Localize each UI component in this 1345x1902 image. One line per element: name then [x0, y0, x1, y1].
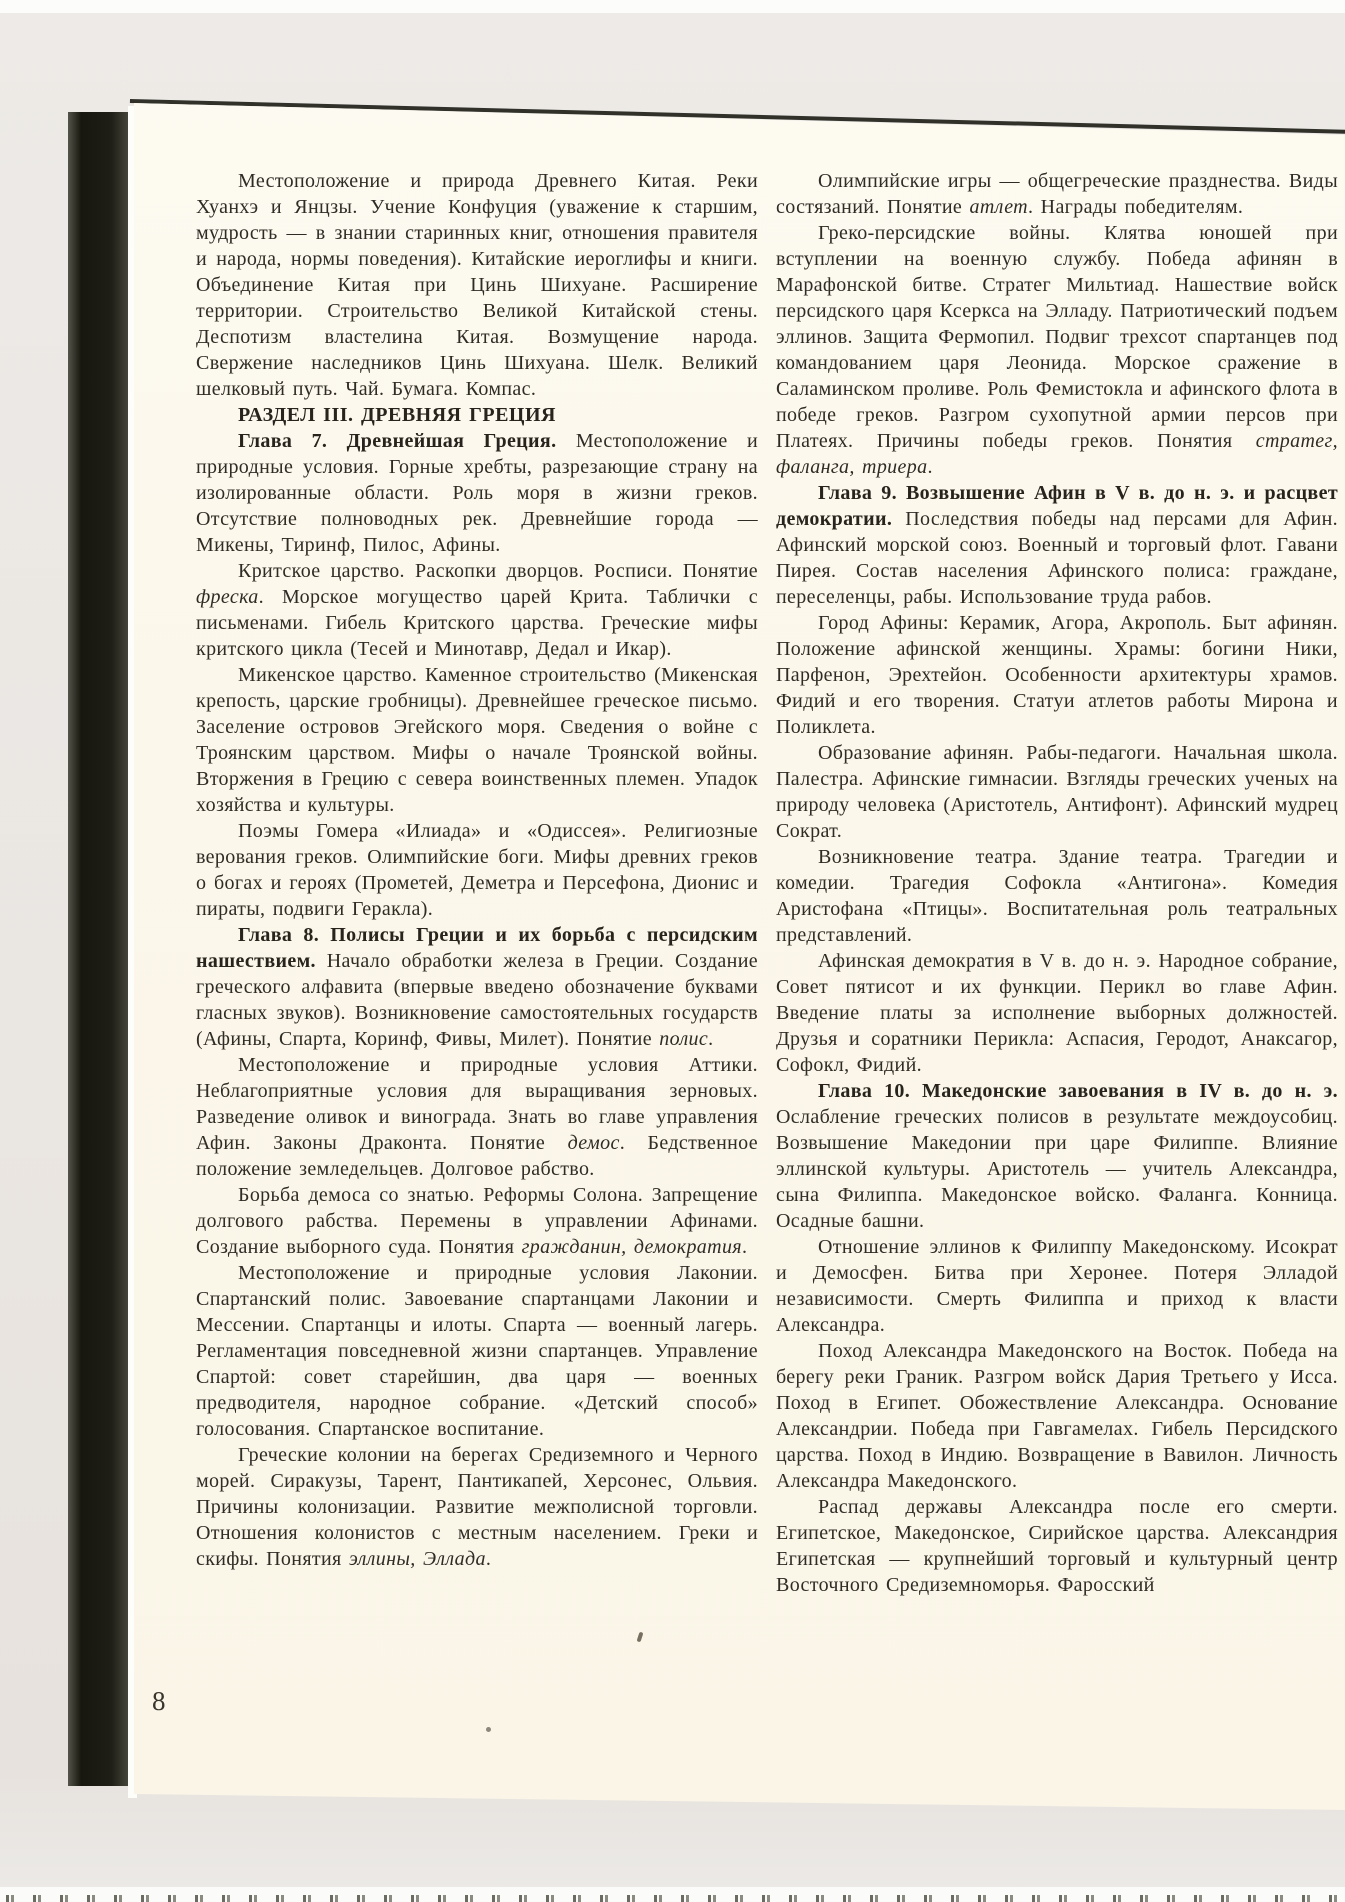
paragraph: Греко-персидские войны. Клятва юношей пр…	[776, 220, 1338, 480]
paragraph: Борьба демоса со знатью. Реформы Солона.…	[196, 1182, 758, 1260]
paragraph: Отношение эллинов к Филиппу Македонскому…	[776, 1234, 1338, 1338]
scanner-background: Местоположение и природа Древнего Китая.…	[0, 0, 1345, 1902]
text-run: Отношение эллинов к Филиппу Македонскому…	[776, 1236, 1338, 1336]
paragraph: Глава 7. Древнейшая Греция. Местоположен…	[196, 428, 758, 558]
text-run: Город Афины: Керамик, Агора, Акрополь. Б…	[776, 612, 1338, 738]
right-column: Олимпийские игры — общегреческие праздне…	[776, 168, 1338, 1598]
text-run: Греко-персидские войны. Клятва юношей пр…	[776, 222, 1338, 452]
text-run: Микенское царство. Каменное строительств…	[196, 664, 758, 816]
paragraph: Город Афины: Керамик, Агора, Акрополь. Б…	[776, 610, 1338, 740]
paragraph: Поэмы Гомера «Илиада» и «Одиссея». Религ…	[196, 818, 758, 922]
text-run: фреска	[196, 586, 259, 608]
paragraph: Глава 9. Возвышение Афин в V в. до н. э.…	[776, 480, 1338, 610]
paragraph: Греческие колонии на берегах Средиземног…	[196, 1442, 758, 1572]
text-run: Глава 10. Македонские завоевания в IV в.…	[818, 1080, 1338, 1102]
paragraph: Глава 8. Полисы Греции и их борьба с пер…	[196, 922, 758, 1052]
text-run: Поэмы Гомера «Илиада» и «Одиссея». Религ…	[196, 820, 758, 920]
paragraph: Местоположение и природные условия Лакон…	[196, 1260, 758, 1442]
text-run: полис	[659, 1028, 708, 1050]
text-run: Возникновение театра. Здание театра. Тра…	[776, 846, 1338, 946]
text-run: Афинская демократия в V в. до н. э. Наро…	[776, 950, 1338, 1076]
film-strip-marks	[6, 1895, 1345, 1902]
text-run: Глава 7. Древнейшая Греция.	[238, 430, 576, 452]
page-number: 8	[152, 1686, 166, 1716]
paragraph: Олимпийские игры — общегреческие праздне…	[776, 168, 1338, 220]
text-run: Поход Александра Македонского на Восток.…	[776, 1340, 1338, 1492]
text-run: Распад державы Александра после его смер…	[776, 1496, 1338, 1596]
paragraph: Поход Александра Македонского на Восток.…	[776, 1338, 1338, 1494]
paragraph: Распад державы Александра после его смер…	[776, 1494, 1338, 1598]
paragraph: Местоположение и природа Древнего Китая.…	[196, 168, 758, 402]
text-run: гражданин, демократия	[522, 1236, 742, 1258]
text-run: .	[708, 1028, 713, 1050]
text-run: Местоположение и природа Древнего Китая.…	[196, 170, 758, 400]
paragraph: Микенское царство. Каменное строительств…	[196, 662, 758, 818]
text-run: . Награды победителям.	[1028, 196, 1243, 218]
scan-bottom-strip	[0, 1887, 1345, 1902]
text-run: Критское царство. Раскопки дворцов. Росп…	[238, 560, 758, 582]
paragraph: Образование афинян. Рабы-педагоги. Начал…	[776, 740, 1338, 844]
book-edge-shadow	[68, 112, 128, 1786]
text-run: Ослабление греческих полисов в результат…	[776, 1106, 1338, 1232]
paragraph: Местоположение и природные условия Аттик…	[196, 1052, 758, 1182]
text-run: Местоположение и природные условия Лакон…	[196, 1262, 758, 1440]
text-run: Образование афинян. Рабы-педагоги. Начал…	[776, 742, 1338, 842]
paragraph: Возникновение театра. Здание театра. Тра…	[776, 844, 1338, 948]
paragraph: Глава 10. Македонские завоевания в IV в.…	[776, 1078, 1338, 1234]
text-run: РАЗДЕЛ III. ДРЕВНЯЯ ГРЕЦИЯ	[238, 404, 556, 426]
text-run: . Морское могущество царей Крита. Таблич…	[196, 586, 758, 660]
text-run: .	[742, 1236, 747, 1258]
text-run: атлет	[969, 196, 1027, 218]
text-run: демос	[568, 1132, 620, 1154]
text-run: эллины, Эллада	[349, 1548, 486, 1570]
paragraph: Критское царство. Раскопки дворцов. Росп…	[196, 558, 758, 662]
text-run: .	[927, 456, 932, 478]
scan-top-strip	[0, 0, 1345, 13]
left-column: Местоположение и природа Древнего Китая.…	[196, 168, 758, 1572]
text-run: .	[486, 1548, 491, 1570]
paragraph: Афинская демократия в V в. до н. э. Наро…	[776, 948, 1338, 1078]
section-heading: РАЗДЕЛ III. ДРЕВНЯЯ ГРЕЦИЯ	[196, 402, 758, 428]
scan-speck	[486, 1727, 491, 1732]
